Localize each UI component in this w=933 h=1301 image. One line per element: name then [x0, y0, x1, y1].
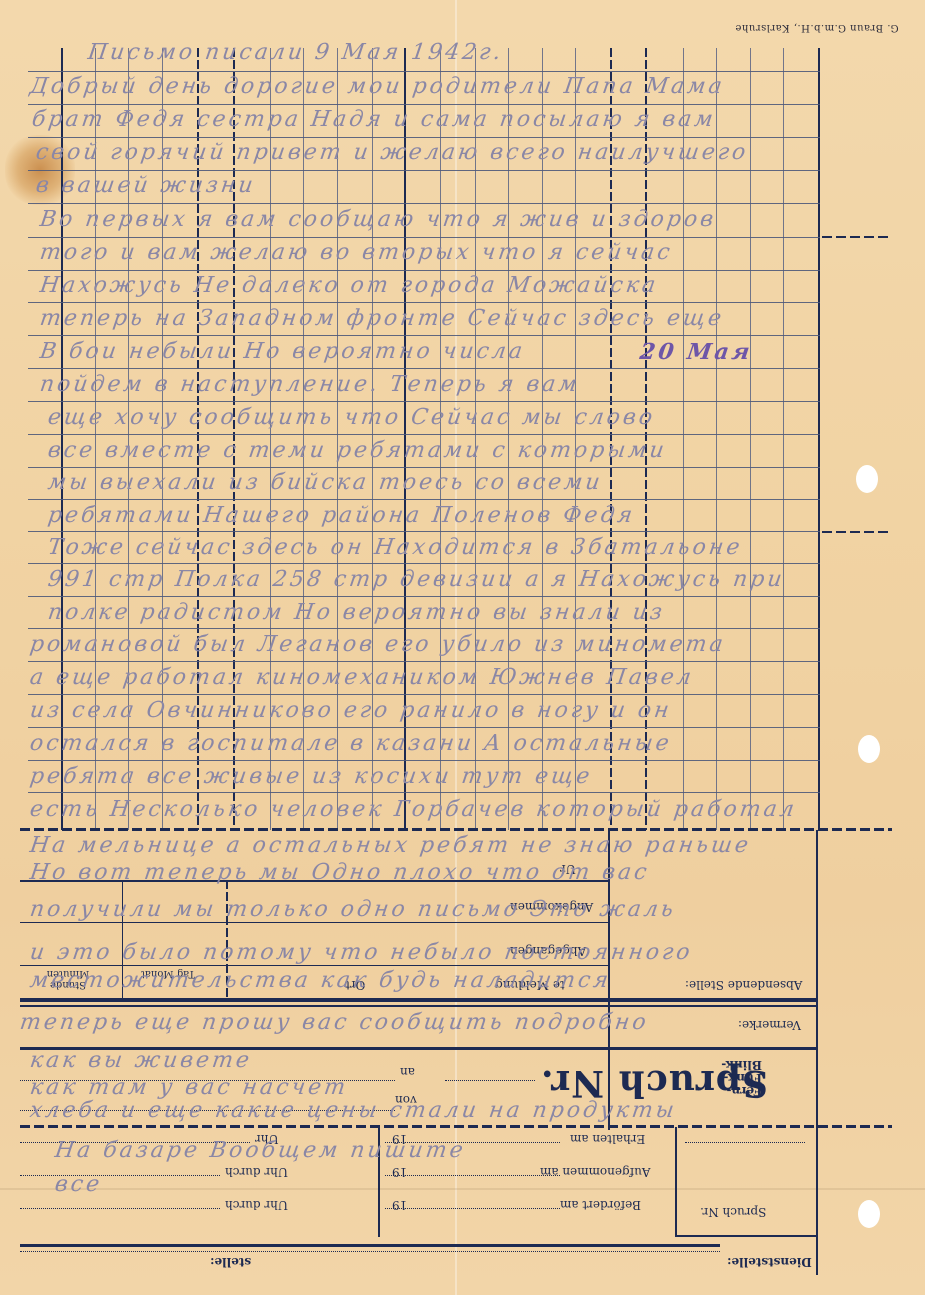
handwritten-line: еще хочу сообщить что Сейчас мы слово: [46, 405, 657, 430]
ruled-line: [28, 270, 820, 271]
grid-column-line: [818, 48, 820, 830]
ruled-line: [28, 760, 820, 761]
form-label-spruch-nr-small: Spruch Nr.: [700, 1205, 766, 1219]
handwritten-line: как там у вас насчет: [28, 1075, 350, 1100]
handwritten-line: местожительства как будь наладится: [28, 968, 612, 993]
handwritten-line: есть Несколько человек Горбачев который …: [28, 797, 798, 822]
handwritten-line: мы выехали из бийска тоесь со всеми: [46, 470, 604, 495]
handwritten-line: и это было потому что небыло постоянного: [28, 940, 694, 965]
grid-column-line: [716, 48, 717, 830]
dotted-field: [20, 1208, 220, 1210]
form-rule: [20, 1005, 816, 1007]
perforation-line: [20, 1125, 892, 1128]
handwritten-line: Добрый день дорогие мои родители Папа Ма…: [28, 74, 726, 99]
ruled-line: [28, 302, 820, 303]
ruled-line: [28, 137, 820, 138]
dotted-field: [385, 1175, 560, 1177]
handwritten-line: как вы живете: [28, 1048, 253, 1073]
handwritten-line: пойдем в наступление. Теперь я вам: [38, 372, 581, 397]
form-rule: [20, 998, 816, 1002]
ruled-line: [28, 661, 820, 662]
ruled-line: [28, 792, 820, 793]
handwritten-line: полке радистом Но вероятно вы знали из: [46, 600, 666, 625]
form-rule: [20, 965, 608, 966]
form-rule: [675, 1235, 816, 1237]
punch-hole: [858, 1200, 880, 1228]
perforation-line: [20, 828, 892, 831]
handwritten-line: ребятами Нашего района Поленов Федя: [46, 503, 637, 528]
form-label-uhr-durch: Uhr durch: [225, 1165, 288, 1179]
form-label-aufgenommen-am: Aufgenommen am: [540, 1165, 651, 1179]
handwritten-line: свой горячий привет и желаю всего наилуч…: [34, 140, 750, 165]
ruled-line: [28, 563, 820, 564]
ruled-line: [28, 499, 820, 500]
ruled-line: [28, 434, 820, 435]
form-label-absendende-stelle: Absendende Stelle:: [685, 978, 802, 992]
dashed-mark: [822, 236, 892, 238]
handwritten-line: Тоже сейчас здесь он Находится в 3баталь…: [46, 535, 744, 560]
ruled-line: [28, 368, 820, 369]
form-label-fern-funk-blink: Fern- Funk- Blink-: [726, 1058, 762, 1097]
ruled-line: [28, 596, 820, 597]
handwritten-line: На базаре Вообщем пишите: [53, 1138, 467, 1163]
form-label-uhr-durch: Uhr durch: [225, 1198, 288, 1212]
handwritten-line: романовой был Леганов его убило из мином…: [28, 632, 727, 657]
ruled-line: [28, 467, 820, 468]
form-label-vermerke: Vermerke:: [738, 1018, 801, 1032]
handwritten-line: брат Федя сестра Надя и сама посылаю я в…: [30, 107, 717, 132]
ruled-line: [28, 71, 820, 72]
dotted-field: [685, 1142, 805, 1144]
dotted-field: [385, 1208, 560, 1210]
dashed-mark: [822, 531, 892, 533]
handwritten-line: 991 стр Полка 258 стр девизии а я Нахожу…: [46, 567, 786, 592]
handwritten-line: В бои небыли Но вероятно числа: [38, 339, 527, 364]
form-label-erhalten-am: Erhalten am: [570, 1132, 645, 1146]
handwritten-date-highlight: 20 Мая: [638, 339, 754, 365]
handwritten-line: хлеба и еще какие цены стали на продукты: [28, 1098, 678, 1123]
handwritten-line: теперь еще прошу вас сообщить подробно: [18, 1010, 650, 1035]
dotted-field: [445, 1080, 535, 1082]
handwritten-line: получили мы только одно письмо Это жаль: [28, 897, 677, 922]
fold-crease: [0, 1188, 925, 1190]
handwritten-line: теперь на Западном фронте Сейчас здесь е…: [38, 306, 726, 331]
handwritten-line: все: [53, 1172, 104, 1197]
form-rule: [20, 922, 608, 923]
handwritten-line: На мельнице а остальных ребят не знаю ра…: [28, 833, 752, 858]
form-label-stelle: stelle:: [210, 1255, 251, 1269]
form-divider: [675, 1127, 677, 1235]
handwritten-line: того и вам желаю во вторых что я сейчас: [38, 240, 674, 265]
handwritten-line: Но вот теперь мы Одно плохо что от вас: [28, 860, 651, 885]
handwritten-line: остался в госпитале в казани А остальные: [28, 731, 673, 756]
ruled-line: [28, 170, 820, 171]
handwritten-line: ребята все живые из косихи тут еще: [28, 764, 594, 789]
handwritten-line: Нахожусь Не далеко от города Можайска: [38, 273, 660, 298]
handwritten-line: Письмо писали 9 Мая 1942г.: [86, 40, 505, 65]
form-label-befoerdert-am: Befördert am: [560, 1198, 641, 1212]
grid-column-line: [783, 48, 784, 830]
handwritten-line: Во первых я вам сообщаю что я жив и здор…: [38, 207, 718, 232]
ruled-line: [28, 628, 820, 629]
form-label-dienststelle: Dienststelle:: [727, 1255, 812, 1269]
handwritten-line: из села Овчинниково его ранило в ногу и …: [28, 698, 673, 723]
ruled-line: [28, 237, 820, 238]
dotted-field: [20, 1175, 220, 1177]
ruled-line: [28, 335, 820, 336]
handwritten-line: а еще работал киномехаником Южнев Павел: [28, 665, 695, 690]
form-border: [816, 830, 818, 1275]
handwritten-line: в вашей жизни: [34, 173, 257, 198]
ruled-line: [28, 401, 820, 402]
letter-page: G. Braun G.m.b.H., Karlsruhe: [0, 0, 925, 1295]
ruled-line: [28, 104, 820, 105]
grid-column-line: [750, 48, 751, 830]
form-label-year: 19: [392, 1165, 407, 1179]
grid-column-line: [683, 48, 684, 830]
ruled-line: [28, 203, 820, 204]
ruled-line: [28, 531, 820, 532]
ruled-line: [28, 727, 820, 728]
form-label-year: 19: [392, 1198, 407, 1212]
form-rule: [20, 1244, 720, 1247]
handwritten-line: все вместе с теми ребятами с которыми: [46, 438, 668, 463]
dotted-field: [20, 1251, 720, 1253]
ruled-line: [28, 694, 820, 695]
form-label-an: an: [400, 1065, 415, 1079]
